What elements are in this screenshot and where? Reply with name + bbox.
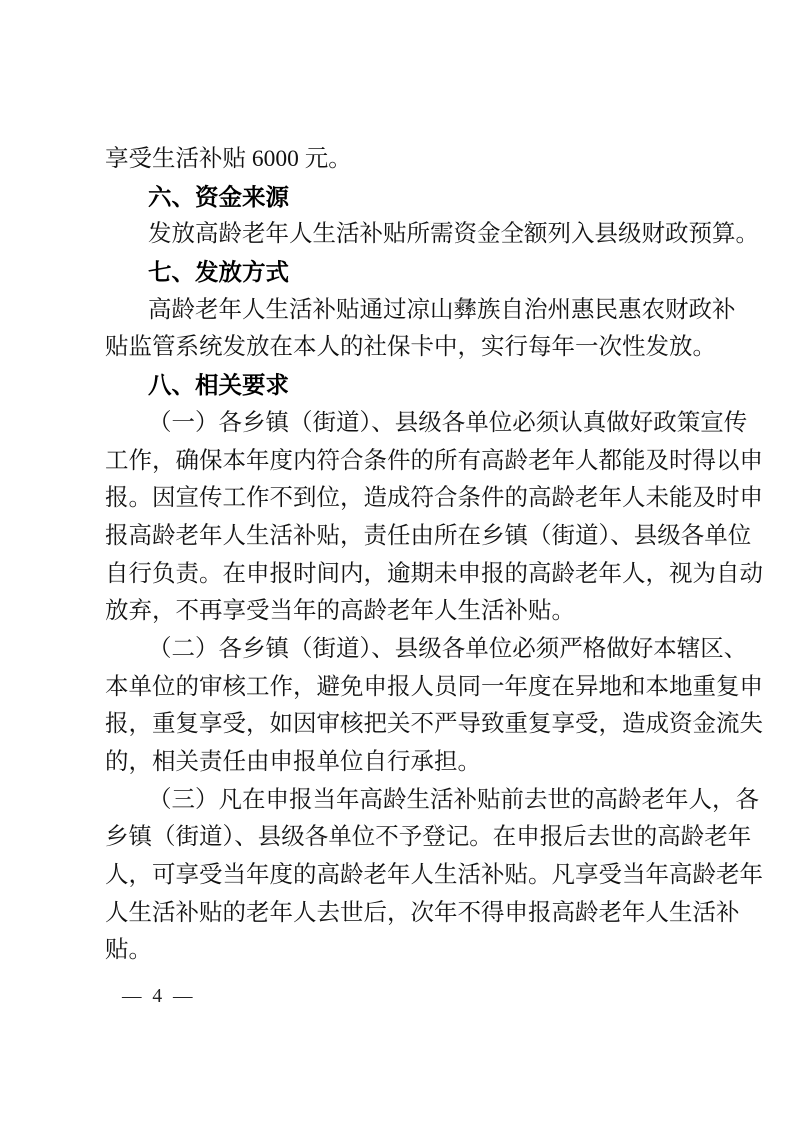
paragraph-line: 报。因宣传工作不到位，造成符合条件的高龄老年人未能及时申 — [105, 480, 783, 518]
paragraph-line: （一）各乡镇（街道）、县级各单位必须认真做好政策宣传 — [105, 405, 783, 443]
paragraph-line: 报，重复享受，如因审核把关不严导致重复享受，造成资金流失 — [105, 706, 783, 744]
paragraph-line: （三）凡在申报当年高龄生活补贴前去世的高龄老年人，各 — [105, 782, 783, 820]
paragraph-line: 人生活补贴的老年人去世后，次年不得申报高龄老年人生活补 — [105, 895, 783, 933]
section-heading: 六、资金来源 — [105, 179, 783, 217]
paragraph-line: （二）各乡镇（街道）、县级各单位必须严格做好本辖区、 — [105, 631, 783, 669]
paragraph-line: 本单位的审核工作，避免申报人员同一年度在异地和本地重复申 — [105, 669, 783, 707]
paragraph-line: 乡镇（街道）、县级各单位不予登记。在申报后去世的高龄老年 — [105, 819, 783, 857]
paragraph-line: 贴。 — [105, 932, 783, 970]
paragraph-line: 高龄老年人生活补贴通过凉山彝族自治州惠民惠农财政补 — [105, 292, 783, 330]
document-page: 享受生活补贴 6000 元。六、资金来源发放高龄老年人生活补贴所需资金全额列入县… — [0, 0, 793, 1122]
page-number: — 4 — — [122, 985, 196, 1009]
paragraph-line: 报高龄老年人生活补贴，责任由所在乡镇（街道）、县级各单位 — [105, 518, 783, 556]
paragraph-line: 发放高龄老年人生活补贴所需资金全额列入县级财政预算。 — [105, 216, 783, 254]
paragraph-continuation-line: 享受生活补贴 6000 元。 — [105, 141, 783, 179]
section-heading: 八、相关要求 — [105, 367, 783, 405]
paragraph-line: 人，可享受当年度的高龄老年人生活补贴。凡享受当年高龄老年 — [105, 857, 783, 895]
paragraph-line: 的，相关责任由申报单位自行承担。 — [105, 744, 783, 782]
paragraph-line: 放弃，不再享受当年的高龄老年人生活补贴。 — [105, 593, 783, 631]
paragraph-line: 贴监管系统发放在本人的社保卡中，实行每年一次性发放。 — [105, 329, 783, 367]
document-body: 享受生活补贴 6000 元。六、资金来源发放高龄老年人生活补贴所需资金全额列入县… — [105, 141, 783, 970]
paragraph-line: 自行负责。在申报时间内，逾期未申报的高龄老年人，视为自动 — [105, 556, 783, 594]
section-heading: 七、发放方式 — [105, 254, 783, 292]
paragraph-line: 工作，确保本年度内符合条件的所有高龄老年人都能及时得以申 — [105, 443, 783, 481]
